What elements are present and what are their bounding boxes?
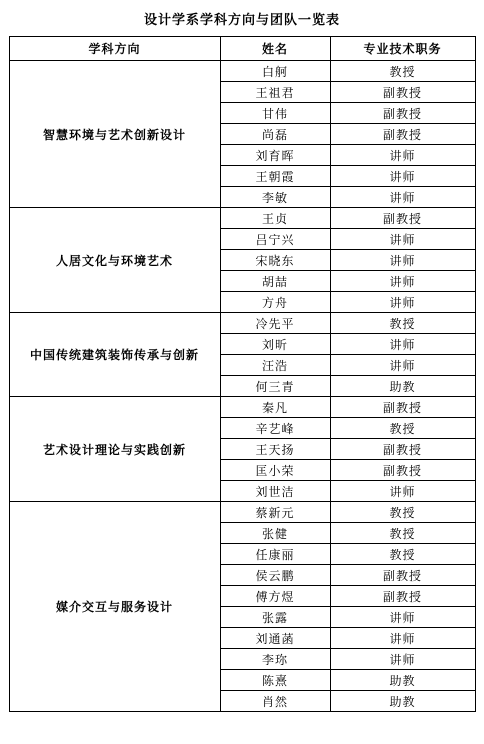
name-cell: 吕宁兴: [220, 229, 330, 250]
name-cell: 冷先平: [220, 313, 330, 334]
name-cell: 张健: [220, 523, 330, 544]
title-cell: 教授: [330, 523, 475, 544]
table-row: 智慧环境与艺术创新设计白舸教授: [9, 61, 475, 82]
title-cell: 助教: [330, 670, 475, 691]
direction-cell: 人居文化与环境艺术: [9, 208, 220, 313]
name-cell: 刘世洁: [220, 481, 330, 502]
name-cell: 刘昕: [220, 334, 330, 355]
title-cell: 副教授: [330, 460, 475, 481]
name-cell: 李珎: [220, 649, 330, 670]
title-cell: 讲师: [330, 250, 475, 271]
title-cell: 讲师: [330, 145, 475, 166]
title-cell: 副教授: [330, 208, 475, 229]
name-cell: 尚磊: [220, 124, 330, 145]
title-cell: 教授: [330, 544, 475, 565]
title-cell: 讲师: [330, 334, 475, 355]
name-cell: 王天扬: [220, 439, 330, 460]
name-cell: 王祖君: [220, 82, 330, 103]
title-cell: 助教: [330, 376, 475, 397]
title-cell: 讲师: [330, 628, 475, 649]
direction-cell: 媒介交互与服务设计: [9, 502, 220, 712]
name-cell: 陈熹: [220, 670, 330, 691]
title-cell: 副教授: [330, 397, 475, 418]
name-cell: 宋晓东: [220, 250, 330, 271]
table-row: 媒介交互与服务设计蔡新元教授: [9, 502, 475, 523]
title-cell: 讲师: [330, 229, 475, 250]
faculty-table: 学科方向 姓名 专业技术职务 智慧环境与艺术创新设计白舸教授王祖君副教授甘伟副教…: [9, 36, 476, 712]
title-cell: 副教授: [330, 586, 475, 607]
title-cell: 副教授: [330, 565, 475, 586]
page-title: 设计学系学科方向与团队一览表: [0, 0, 484, 36]
title-cell: 副教授: [330, 439, 475, 460]
col-header-title: 专业技术职务: [330, 37, 475, 61]
title-cell: 教授: [330, 502, 475, 523]
name-cell: 辛艺峰: [220, 418, 330, 439]
name-cell: 蔡新元: [220, 502, 330, 523]
direction-cell: 艺术设计理论与实践创新: [9, 397, 220, 502]
name-cell: 秦凡: [220, 397, 330, 418]
name-cell: 肖然: [220, 691, 330, 712]
direction-cell: 中国传统建筑装饰传承与创新: [9, 313, 220, 397]
name-cell: 任康丽: [220, 544, 330, 565]
name-cell: 何三青: [220, 376, 330, 397]
name-cell: 刘育晖: [220, 145, 330, 166]
name-cell: 王贞: [220, 208, 330, 229]
direction-cell: 智慧环境与艺术创新设计: [9, 61, 220, 208]
title-cell: 教授: [330, 313, 475, 334]
title-cell: 教授: [330, 418, 475, 439]
faculty-table-body: 智慧环境与艺术创新设计白舸教授王祖君副教授甘伟副教授尚磊副教授刘育晖讲师王朝霞讲…: [9, 61, 475, 712]
col-header-direction: 学科方向: [9, 37, 220, 61]
header-row: 学科方向 姓名 专业技术职务: [9, 37, 475, 61]
name-cell: 傅方煜: [220, 586, 330, 607]
title-cell: 讲师: [330, 271, 475, 292]
title-cell: 讲师: [330, 292, 475, 313]
title-cell: 助教: [330, 691, 475, 712]
title-cell: 讲师: [330, 649, 475, 670]
document-page: 设计学系学科方向与团队一览表 学科方向 姓名 专业技术职务 智慧环境与艺术创新设…: [0, 0, 484, 744]
title-cell: 讲师: [330, 607, 475, 628]
title-cell: 讲师: [330, 166, 475, 187]
title-cell: 讲师: [330, 187, 475, 208]
name-cell: 白舸: [220, 61, 330, 82]
table-row: 中国传统建筑装饰传承与创新冷先平教授: [9, 313, 475, 334]
title-cell: 讲师: [330, 355, 475, 376]
name-cell: 侯云鹏: [220, 565, 330, 586]
table-row: 人居文化与环境艺术王贞副教授: [9, 208, 475, 229]
name-cell: 张露: [220, 607, 330, 628]
title-cell: 讲师: [330, 481, 475, 502]
title-cell: 副教授: [330, 103, 475, 124]
name-cell: 甘伟: [220, 103, 330, 124]
name-cell: 刘通菡: [220, 628, 330, 649]
title-cell: 教授: [330, 61, 475, 82]
name-cell: 方舟: [220, 292, 330, 313]
name-cell: 匡小荣: [220, 460, 330, 481]
name-cell: 王朝霞: [220, 166, 330, 187]
col-header-name: 姓名: [220, 37, 330, 61]
name-cell: 胡喆: [220, 271, 330, 292]
title-cell: 副教授: [330, 82, 475, 103]
table-row: 艺术设计理论与实践创新秦凡副教授: [9, 397, 475, 418]
name-cell: 汪浩: [220, 355, 330, 376]
title-cell: 副教授: [330, 124, 475, 145]
name-cell: 李敏: [220, 187, 330, 208]
